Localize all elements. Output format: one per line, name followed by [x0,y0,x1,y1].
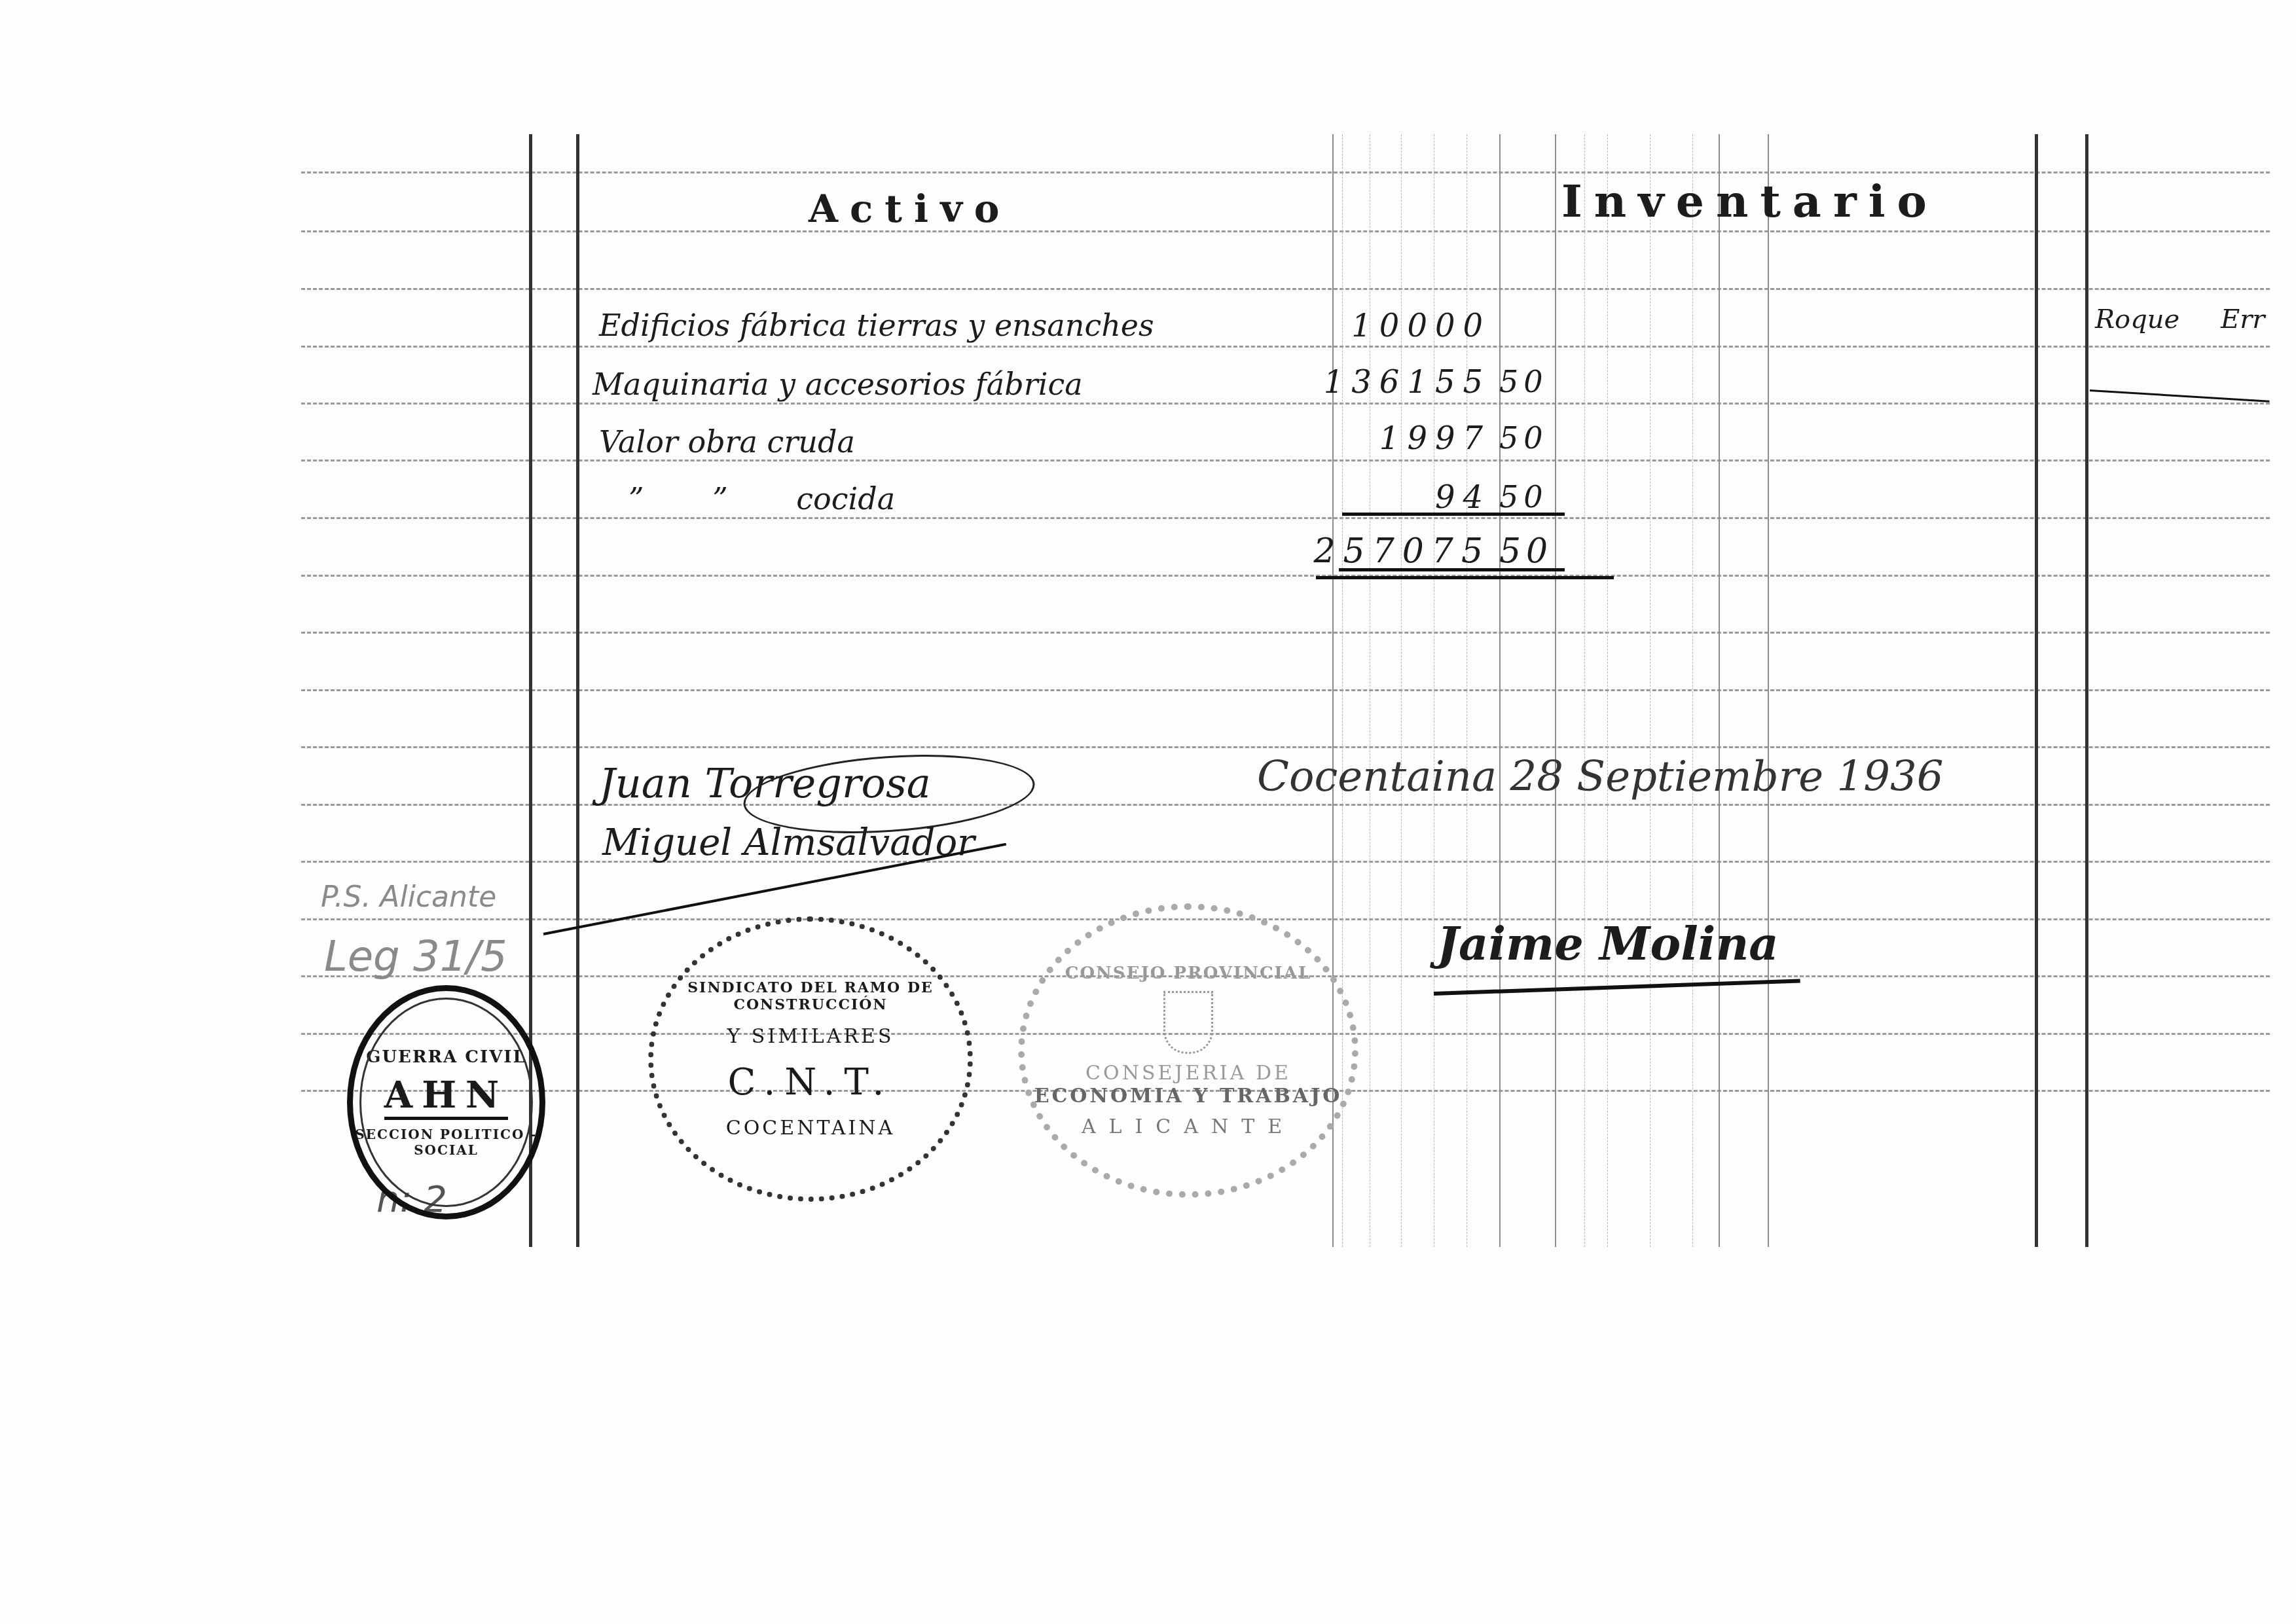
stamp-cnt-line2: Y SIMILARES [727,1025,894,1048]
entry-centimos: 50 [1499,364,1548,399]
stamp-cnt-top: SINDICATO DEL RAMO DE CONSTRUCCIÓN [653,979,968,1013]
ledger-sheet: Activo Inventario Edificios fábrica tier… [0,0,2296,1624]
stamp-cnt-center: C.N.T. [728,1061,894,1104]
ruled-line [301,918,2270,920]
entry-pesetas: 1997 [1379,420,1491,457]
column-line [1370,134,1370,1247]
entry-centimos: 50 [1499,479,1548,514]
ruled-line [301,689,2270,691]
signature-jaime-molina: Jaime Molina [1437,916,1779,971]
column-line [2035,134,2038,1247]
ruled-line [301,460,2270,461]
column-line [1499,134,1501,1247]
place-date: Cocentaina 28 Septiembre 1936 [1257,753,1943,801]
stamp-cnt-bottom: COCENTAINA [726,1117,895,1140]
margin-note: Roque Err [2095,304,2265,334]
column-line [1434,134,1434,1247]
entry-description: Maquinaria y accesorios fábrica [592,367,1083,402]
stamp-cons-bottom: ALICANTE [1082,1115,1295,1138]
column-line [1607,134,1608,1247]
archive-note-legajo: Leg 31/5 [324,933,507,981]
signature-underline [1434,979,1800,996]
ruled-line [301,632,2270,634]
coat-of-arms-icon [1163,991,1213,1054]
margin-strike-line [2090,389,2270,403]
column-line [1467,134,1467,1247]
column-line [1692,134,1693,1247]
ruled-line [301,575,2270,577]
ruled-line [301,861,2270,863]
entry-pesetas: 10000 [1351,308,1491,344]
column-line [2085,134,2088,1247]
column-line [1555,134,1556,1247]
ruled-line [301,517,2270,519]
stamp-cnt: SINDICATO DEL RAMO DE CONSTRUCCIÓN Y SIM… [648,916,973,1202]
ruled-line [301,403,2270,405]
column-line [1768,134,1769,1247]
entry-pesetas: 136155 [1324,364,1491,401]
column-line [1650,134,1650,1247]
entry-pesetas: 94 [1435,479,1491,516]
stamp-ahn-bottom: SECCION POLITICO - SOCIAL [353,1127,539,1158]
signature-miguel: Miguel Almsalvador [602,821,975,864]
heading-inventario: Inventario [1561,175,1939,228]
ruled-line [301,746,2270,748]
total-double-rule [1316,576,1614,579]
stamp-cons-top: CONSEJO PROVINCIAL [1065,964,1311,983]
entry-description: ” ” cocida [629,481,895,516]
total-rule [1339,568,1565,571]
column-line [1401,134,1402,1247]
total-pesetas: 257075 [1313,532,1491,571]
total-centimos: 50 [1499,532,1553,571]
column-line [1719,134,1720,1247]
stamp-consejo-provincial: CONSEJO PROVINCIAL CONSEJERIA DE ECONOMI… [1018,903,1358,1198]
stamp-ahn-center: AHN [384,1074,509,1120]
ruled-line [301,804,2270,806]
stamp-cons-line1: CONSEJERIA DE [1085,1062,1291,1085]
stamp-ahn: GUERRA CIVIL AHN SECCION POLITICO - SOCI… [347,985,545,1219]
column-line [1584,134,1585,1247]
column-line [576,134,579,1247]
heading-activo: Activo [809,187,1011,231]
ruled-line [301,171,2270,173]
ruled-line [301,288,2270,290]
archive-note-section: P.S. Alicante [321,880,496,914]
entry-centimos: 50 [1499,420,1548,456]
stamp-ahn-top: GUERRA CIVIL [366,1047,526,1067]
ruled-line [301,346,2270,348]
stamp-cons-line2: ECONOMIA Y TRABAJO [1034,1085,1343,1108]
entry-description: Valor obra cruda [599,424,855,460]
entry-description: Edificios fábrica tierras y ensanches [599,308,1154,343]
subtotal-rule [1342,513,1565,516]
ruled-line [301,230,2270,232]
